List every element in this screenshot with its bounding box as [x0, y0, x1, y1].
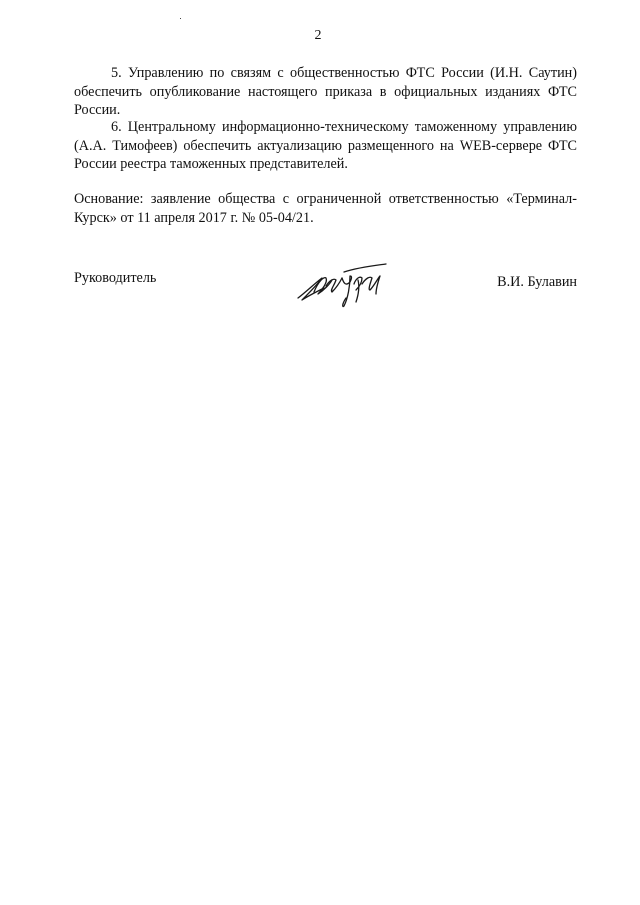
handwritten-signature-icon: [296, 262, 388, 312]
scan-speck: [180, 18, 181, 19]
basis-paragraph: Основание: заявление общества с ограниче…: [74, 190, 577, 227]
signatory-name: В.И. Булавин: [497, 274, 577, 291]
paragraph-item-5: 5. Управлению по связям с общественность…: [74, 64, 577, 120]
signatory-title: Руководитель: [74, 270, 156, 287]
signature-block: Руководитель В.И. Булавин: [74, 270, 577, 310]
paragraph-item-6: 6. Центральному информационно-техническо…: [74, 118, 577, 174]
page-number: 2: [0, 28, 638, 44]
